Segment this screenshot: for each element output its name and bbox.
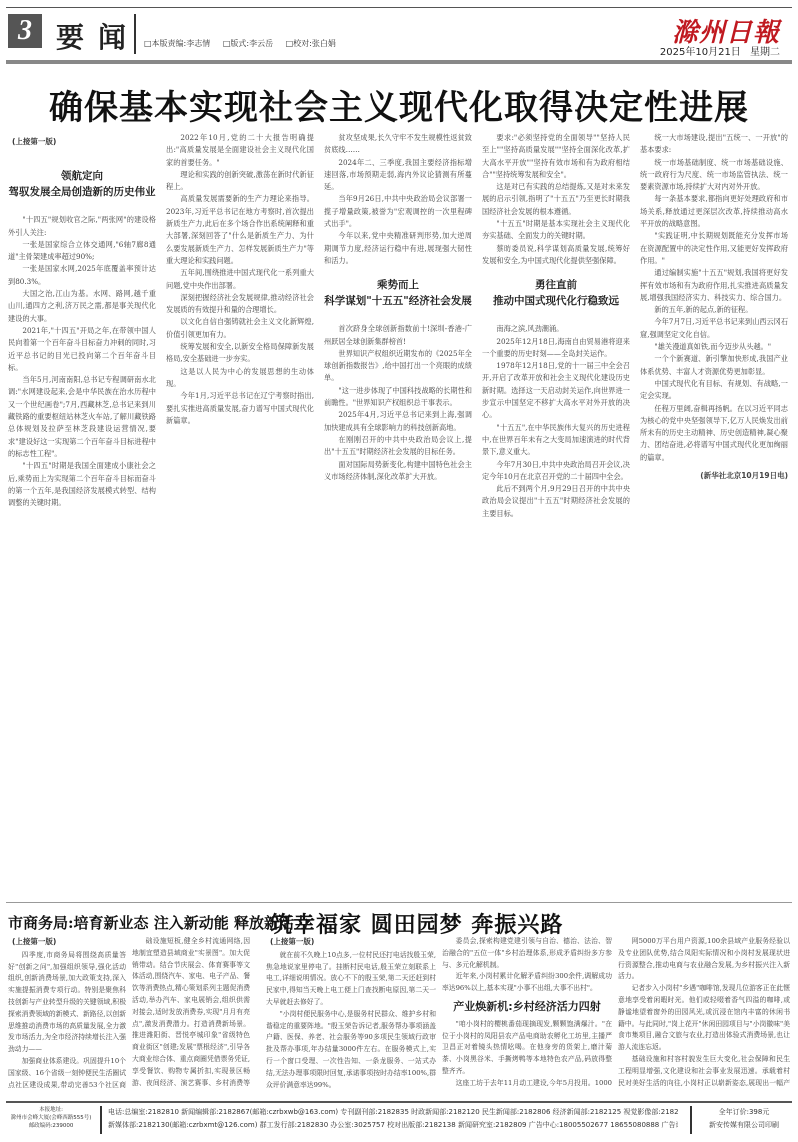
subhead-3-line1: 勇往直前 <box>482 277 630 293</box>
lead-column-2: 2022年10月,党的二十大报告明确提出:"高质量发展是全面建设社会主义现代化国… <box>166 132 314 902</box>
paragraph: 新的五年,新的起点,新的征程。 <box>640 304 788 316</box>
contacts-line-1: 电话:总编室:2182810 新闻编辑部:2182867(邮箱:czrbxwb@… <box>108 1106 678 1119</box>
paragraph: 高质量发展需要新的生产力理论来指导。2023年,习近平总书记在地方考察时,首次提… <box>166 193 314 267</box>
date-text: 2025年10月21日 <box>660 47 741 58</box>
paragraph: 2022年10月,党的二十大报告明确提出:"高质量发展是全面建设社会主义现代化国… <box>166 132 314 169</box>
weekday-text: 星期二 <box>750 47 780 58</box>
paragraph: 首次跻身全球创新指数前十!深圳-香港-广州跃居全球创新集群榜首! <box>324 323 472 348</box>
paragraph: "十五五",在中华民族伟大复兴的历史进程中,在世界百年未有之大变局加速演进的时代… <box>482 422 630 459</box>
subhead-3-line2: 推动中国式现代化行稳致远 <box>482 293 630 309</box>
paragraph: 统一市场基础制度、统一市场基础设施、统一政府行为尺度、统一市场监管执法、统一要素… <box>640 157 788 194</box>
continued-label: (上接第一版) <box>270 936 436 948</box>
story3-subhead: 产业焕新机:乡村经济活力四射 <box>442 1001 612 1013</box>
paragraph: 这是以人民为中心的发展思想的生动体现。 <box>166 366 314 391</box>
credit-proofread: □校对:张白娟 <box>286 39 336 48</box>
paragraph: 今年1月,习近平总书记在辽宁考察时指出,要扎实推进高质量发展,奋力谱写中国式现代… <box>166 390 314 427</box>
editor-credits: □本版责编:李志情 □版式:李云岳 □校对:张白娟 <box>144 38 346 49</box>
paragraph: 委员会,探索构建党建引领与自治、德治、法治、智治融合的"五位一体"乡村治理体系,… <box>442 936 612 971</box>
story3-headline: 筑幸福家 圆田园梦 奔振兴路 <box>270 908 563 939</box>
subhead-3: 勇往直前 推动中国式现代化行稳致远 <box>482 277 630 309</box>
paragraph: 这是对已有实践的总结提炼,又是对未来发展的启示引领,指明了"十五五"乃至更长时期… <box>482 181 630 218</box>
paragraph: 加强商业体系建设。巩固提升10个国家级、16个省级一刻钟便民生活圈试点社区建设成… <box>8 1056 126 1088</box>
paragraph: 通过编制实施"十五五"规划,我国将更好发挥有效市场和有为政府作用,扎实推进高质量… <box>640 267 788 304</box>
lead-column-1: (上接第一版) 领航定向 驾驭发展全局创造新的历史伟业 "十四五"规划收官之际,… <box>8 132 156 902</box>
paragraph: 理论和实践的创新突破,激荡在新时代新征程上。 <box>166 169 314 194</box>
footer-divider-right <box>690 1106 692 1134</box>
masthead-divider <box>134 14 136 54</box>
continued-label: (上接第一版) <box>12 136 156 148</box>
paragraph: "实践证明,中长期规划既能充分发挥市场在资源配置中的决定性作用,又能更好发挥政府… <box>640 230 788 267</box>
story2-column-2: 础设施短板,健全乡村流通网络,因地制宜塑造县域商业"实景图"。加大促销带动。结合… <box>132 936 250 1088</box>
byline-signoff: (新华社北京10月19日电) <box>640 470 788 482</box>
story3-column-1: (上接第一版) 就在前不久晚上10点多,一位村民还打电话找殷玉荣,焦急地说家里停… <box>266 936 436 1088</box>
paragraph: 要求:"必须坚持党的全面领导""坚持人民至上""坚持高质量发展""坚持全面深化改… <box>482 132 630 181</box>
story2-headline: 市商务局:培育新业态 注入新动能 释放新活力 <box>8 912 309 933</box>
paragraph: 2021年,"十四五"开局之年,在带领中国人民向着第一个百年奋斗目标奋力冲刺的同… <box>8 325 156 374</box>
paragraph: 统筹发展和安全,以新安全格局保障新发展格局,安全基础进一步夯实。 <box>166 341 314 366</box>
masthead: 3 要闻 □本版责编:李志情 □版式:李云岳 □校对:张白娟 滁州日報 2025… <box>6 10 792 58</box>
paragraph: 当年5月,河南南阳,总书记专程调研南水北调:"水网建设起来,会是中华民族在治水历… <box>8 374 156 460</box>
paragraph: 深刻把握经济社会发展规律,推动经济社会发展质的有效提升和量的合理增长。 <box>166 292 314 317</box>
paragraph: 当年9月26日,中共中央政治局会议部署一揽子增量政策,被誉为"宏观调控的一次里程… <box>324 193 472 230</box>
paragraph: 面对国际局势新变化,构建中国特色社会主义市场经济体制,深化改革扩大开放。 <box>324 459 472 484</box>
credit-layout: □版式:李云岳 <box>223 39 273 48</box>
paragraph: 2024年二、三季度,我国主要经济指标增速回落,市场预期走弱,海内外议论猜测有所… <box>324 157 472 194</box>
issue-date: 2025年10月21日 星期二 <box>654 43 780 58</box>
story3-column-2: 委员会,探索构建党建引领与自治、德治、法治、智治融合的"五位一体"乡村治理体系,… <box>442 936 612 1088</box>
paragraph: 南海之滨,风劲潮涌。 <box>482 323 630 335</box>
paragraph: 此后不到两个月,9月29日召开的中共中央政治局会议提出"十五五"时期经济社会发展… <box>482 483 630 520</box>
address-text: 滁州市会峰大厦(会峰西路555号) <box>6 1114 96 1122</box>
story3-column-3: 网5000万平台用户资源,100余县域产业服务经验以及专业团队优势,结合凤阳实际… <box>618 936 790 1088</box>
paragraph: 今年7月7日,习近平总书记来到山西云冈石窟,强调坚定文化自信。 <box>640 316 788 341</box>
printer-name: 新安传媒有限公司印刷 <box>696 1119 792 1132</box>
annual-price: 全年订价:398元 <box>696 1106 792 1119</box>
subhead-2-line1: 乘势而上 <box>324 277 472 293</box>
paragraph: "咱小岗村的樱桃番茄现摘现发,颗颗饱满爆汁。"在位于小岗村的凤阳县农产品电商助农… <box>442 1019 612 1078</box>
footer-address: 本报地址: 滁州市会峰大厦(会峰西路555号) 邮政编码:239000 <box>6 1106 96 1130</box>
lead-headline: 确保基本实现社会主义现代化取得决定性进展 <box>0 80 798 129</box>
paragraph: 网5000万平台用户资源,100余县域产业服务经验以及专业团队优势,结合凤阳实际… <box>618 936 790 983</box>
section-divider <box>6 902 792 903</box>
continued-label: (上接第一版) <box>12 936 126 948</box>
postal-code: 邮政编码:239000 <box>6 1122 96 1130</box>
paragraph: 2025年12月18日,海南自由贸易港将迎来一个重要的历史时刻——全岛封关运作。 <box>482 336 630 361</box>
paragraph: 统一大市场建设,提出"五统一、一开放"的基本要求: <box>640 132 788 157</box>
footer: 本报地址: 滁州市会峰大厦(会峰西路555号) 邮政编码:239000 电话:总… <box>6 1106 792 1138</box>
paragraph: 四季度,市商务局将围绕高质量答好"创新之问",加强组织领导,强化活动组织,创新消… <box>8 950 126 1056</box>
paragraph: 在刚刚召开的中共中央政治局会议上,提出"十五五"时期经济社会发展的目标任务。 <box>324 434 472 459</box>
paragraph: 任程万里阔,奋楫再扬帆。在以习近平同志为核心的党中央坚强领导下,亿万人民焕发出前… <box>640 403 788 464</box>
paragraph: 记者步入小岗村"乡遇"咖啡馆,发现几位游客正在此惬意地享受着闲暇时光。他们或轻啜… <box>618 983 790 1054</box>
paragraph: "十四五"规划收官之际,"两张网"的建设格外引人关注: <box>8 214 156 239</box>
paragraph: 五年间,围绕推进中国式现代化一系列重大问题,党中央作出部署。 <box>166 267 314 292</box>
paragraph: 蔡昉委员说,科学谋划高质量发展,统筹好发展和安全,为中国式现代化提供坚强保障。 <box>482 243 630 268</box>
paragraph: 础设施短板,健全乡村流通网络,因地制宜塑造县域商业"实景图"。加大促销带动。结合… <box>132 936 250 1088</box>
paragraph: 世界知识产权组织近期发布的《2025年全球创新指数报告》,给中国打出一个亮眼的成… <box>324 348 472 385</box>
paragraph: "这一进步体现了中国科技战略的长期性和前瞻性。"世界知识产权组织总干事表示。 <box>324 385 472 410</box>
lead-column-4: 要求:"必须坚持党的全面领导""坚持人民至上""坚持高质量发展""坚持全面深化改… <box>482 132 630 902</box>
paragraph: "十五五"时期是基本实现社会主义现代化夯实基础、全面发力的关键时期。 <box>482 218 630 243</box>
paragraph: 以文化自信自强铸就社会主义文化新辉煌,价值引领更加有力。 <box>166 316 314 341</box>
address-label: 本报地址: <box>6 1106 96 1114</box>
paragraph: "雄关漫道真如铁,而今迈步从头越。" <box>640 341 788 353</box>
subhead-1-line1: 领航定向 <box>8 168 156 184</box>
footer-rule <box>6 1101 792 1103</box>
subhead-2: 乘势而上 科学谋划"十五五"经济社会发展 <box>324 277 472 309</box>
paragraph: 中国式现代化有目标、有规划、有战略,一定会实现。 <box>640 378 788 403</box>
footer-divider-left <box>100 1106 102 1134</box>
paragraph: 大国之治,江山为基。水网、路网,越千重山川,通四方之利,济万民之需,都是事关现代… <box>8 288 156 325</box>
story2-column-1: (上接第一版) 四季度,市商务局将围绕高质量答好"创新之问",加强组织领导,强化… <box>8 936 126 1088</box>
paragraph: 基础设施和村容村貌发生巨大变化,社会保障和民生工程明显增强,文化建设和社会事业发… <box>618 1054 790 1088</box>
subhead-1: 领航定向 驾驭发展全局创造新的历史伟业 <box>8 168 156 200</box>
credit-editor: □本版责编:李志情 <box>144 39 210 48</box>
paragraph: 一张是国家水网,2025年底覆盖率预计达到80.3%。 <box>8 263 156 288</box>
bottom-stories: (上接第一版) 四季度,市商务局将围绕高质量答好"创新之问",加强组织领导,强化… <box>8 936 790 1088</box>
top-rule <box>6 7 792 8</box>
page-number-badge: 3 <box>8 14 42 48</box>
subhead-2-line2: 科学谋划"十五五"经济社会发展 <box>324 293 472 309</box>
lead-story-body: (上接第一版) 领航定向 驾驭发展全局创造新的历史伟业 "十四五"规划收官之际,… <box>8 132 790 902</box>
lead-column-5: 统一大市场建设,提出"五统一、一开放"的基本要求: 统一市场基础制度、统一市场基… <box>640 132 788 902</box>
paragraph: "小岗村便民服务中心,是服务村民群众、维护乡村和谐稳定的重要阵地。"殷玉荣告诉记… <box>266 1009 436 1088</box>
paragraph: 2025年4月,习近平总书记来到上海,强调加快建成具有全球影响力的科技创新高地。 <box>324 409 472 434</box>
paragraph: "十四五"时期是我国全面建成小康社会之后,乘势而上为实现第二个百年奋斗目标而奋斗… <box>8 460 156 509</box>
paragraph: 这座工坊于去年11月动工建设,今年5月投用。1000多平方米的空间里,电商展示大… <box>442 1078 612 1088</box>
paragraph: 一个个新赛道、新引擎加快形成,我国产业体系优势、丰富人才资源优势更加彰显。 <box>640 353 788 378</box>
paragraph: 近年来,小岗村累计化解矛盾纠纷300余件,调解成功率达96%以上,基本实现"小事… <box>442 971 612 995</box>
paragraph: 今年7月30日,中共中央政治局召开会议,决定今年10月在北京召开党的二十届四中全… <box>482 459 630 484</box>
paragraph: 今年以来,党中央精准研判形势,加大逆周期调节力度,经济运行稳中有进,展现强大韧性… <box>324 230 472 267</box>
paragraph: 贫攻坚成果,长久守牢不发生规模性返贫致贫底线…… <box>324 132 472 157</box>
subhead-1-line2: 驾驭发展全局创造新的历史伟业 <box>8 184 156 200</box>
contacts-line-2: 新媒体部:2182130(邮箱:czrbxmt@126.com) 群工发行部:2… <box>108 1119 678 1132</box>
lead-column-3: 贫攻坚成果,长久守牢不发生规模性返贫致贫底线…… 2024年二、三季度,我国主要… <box>324 132 472 902</box>
footer-contacts: 电话:总编室:2182810 新闻编辑部:2182867(邮箱:czrbxwb@… <box>108 1106 678 1132</box>
paragraph: 1978年12月18日,党的十一届三中全会召开,开启了改革开放和社会主义现代化建… <box>482 360 630 421</box>
paragraph: 就在前不久晚上10点多,一位村民还打电话找殷玉荣,焦急地说家里停电了。挂断村民电… <box>266 950 436 1009</box>
paragraph: 一张是国家综合立体交通网,"6轴7廊8通道"主骨架建成率超过90%; <box>8 239 156 264</box>
paragraph: 每一条基本要求,都指向更好处理政府和市场关系,释放通过更深层次改革,持续推动高水… <box>640 193 788 230</box>
section-title: 要闻 <box>56 16 140 56</box>
footer-price: 全年订价:398元 新安传媒有限公司印刷 <box>696 1106 792 1132</box>
masthead-bar <box>6 60 792 64</box>
